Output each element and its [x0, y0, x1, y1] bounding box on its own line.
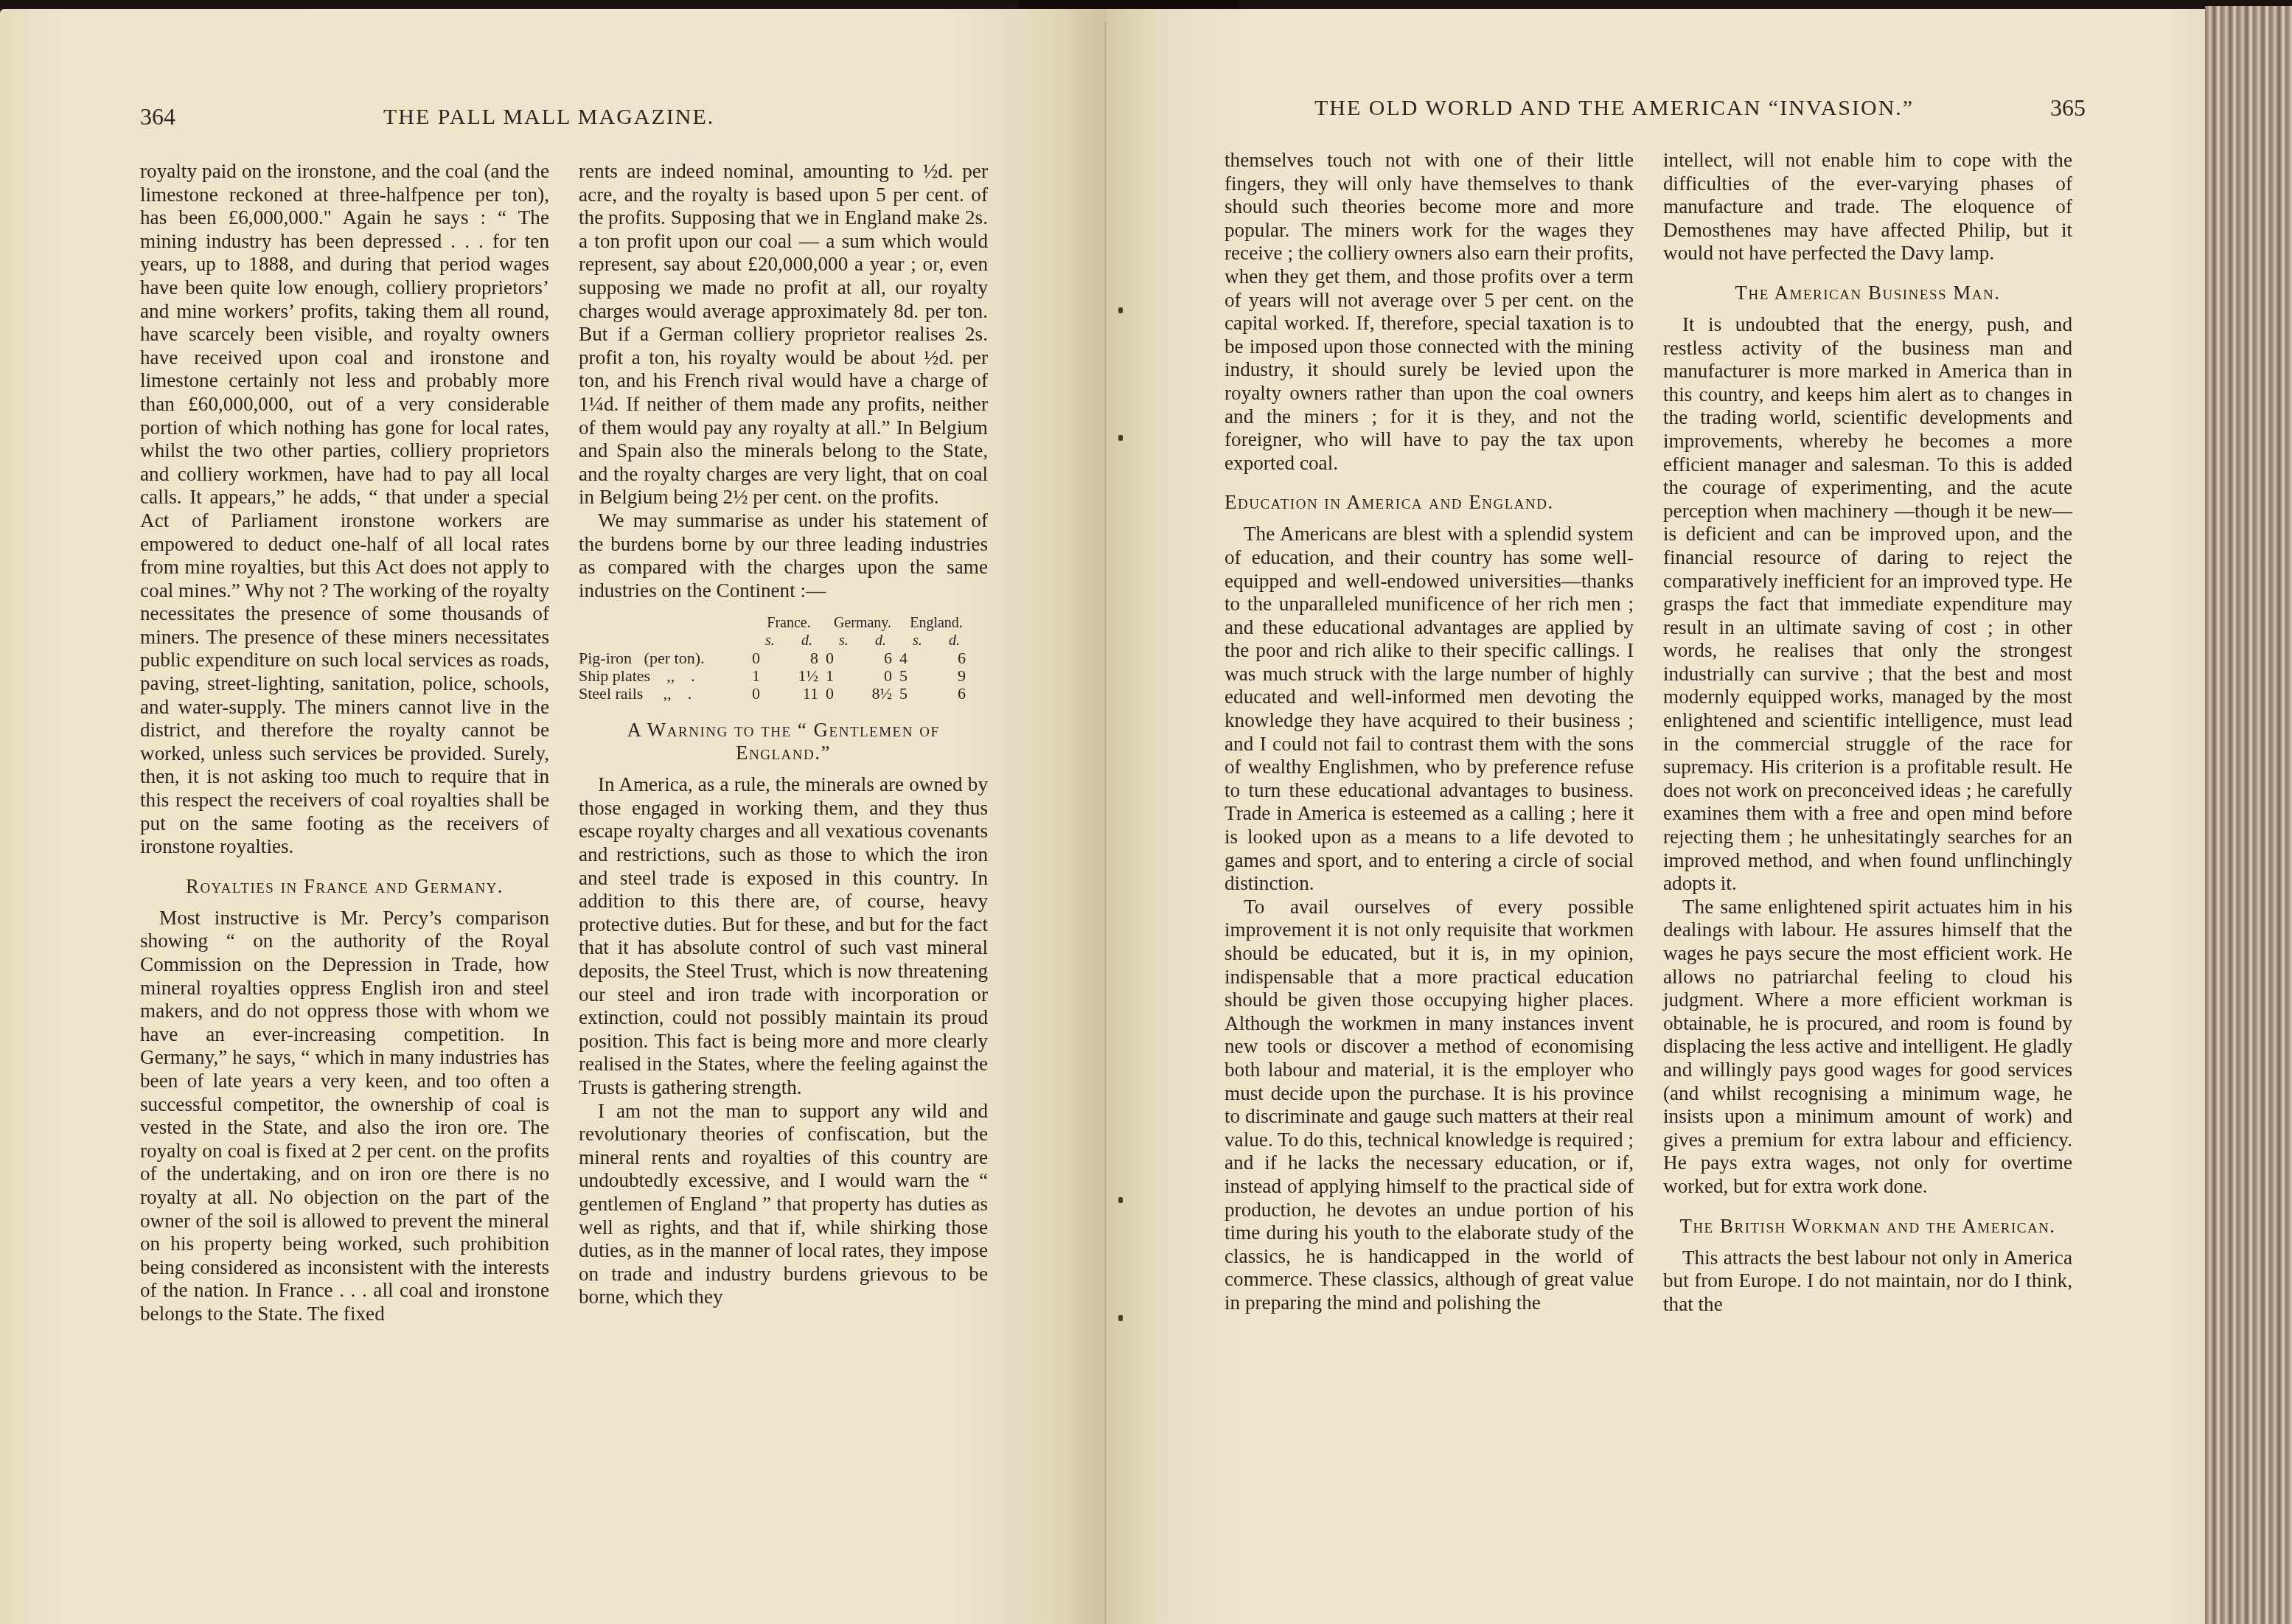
- right-page: THE OLD WORLD AND THE AMERICAN “INVASION…: [1107, 9, 2205, 1624]
- paragraph: The same enlightened spirit actuates him…: [1663, 896, 2072, 1199]
- binding-mark: [1118, 435, 1123, 441]
- section-heading-education: Education in America and England.: [1225, 491, 1634, 514]
- col-germany: Germany.: [826, 614, 899, 632]
- paragraph: In America, as a rule, the minerals are …: [579, 773, 988, 1099]
- left-page: 364 THE PALL MALL MAGAZINE. royalty paid…: [0, 9, 1107, 1624]
- paragraph: We may summarise as under his statement …: [579, 509, 988, 602]
- section-heading-business-man: The American Business Man.: [1663, 282, 2072, 304]
- book-page-edges: [2205, 6, 2292, 1624]
- paragraph: To avail ourselves of every possible imp…: [1225, 896, 1634, 1315]
- paragraph: rents are indeed nominal, amounting to ½…: [579, 160, 988, 509]
- royalty-comparison-table: France. Germany. England. s.d. s.d. s.d.…: [579, 614, 988, 703]
- paragraph: royalty paid on the ironstone, and the c…: [140, 160, 549, 859]
- section-heading-british-workman: The British Workman and the American.: [1663, 1215, 2072, 1238]
- binding-mark: [1118, 1315, 1123, 1321]
- left-column-2: rents are indeed nominal, amounting to ½…: [579, 160, 988, 1309]
- paragraph: This attracts the best labour not only i…: [1663, 1247, 2072, 1317]
- paragraph: I am not the man to support any wild and…: [579, 1100, 988, 1309]
- paragraph: The Americans are blest with a splendid …: [1225, 523, 1634, 896]
- col-france: France.: [752, 614, 826, 632]
- running-head-left: THE PALL MALL MAGAZINE.: [383, 105, 714, 130]
- page-number-left: 364: [140, 103, 175, 130]
- binding-mark: [1118, 1197, 1123, 1203]
- section-heading-warning: A Warning to the “ Gentlemen of England.…: [579, 719, 988, 764]
- book-spread: 364 THE PALL MALL MAGAZINE. royalty paid…: [0, 0, 2292, 1624]
- right-column-1: themselves touch not with one of their l…: [1225, 149, 1634, 1315]
- paragraph: It is undoubted that the energy, push, a…: [1663, 313, 2072, 896]
- table-row: Steel rails ,, . 011 08½ 56: [579, 685, 988, 703]
- table-row: Pig-iron (per ton). 08 06 46: [579, 649, 988, 667]
- running-head-right: THE OLD WORLD AND THE AMERICAN “INVASION…: [1314, 96, 1914, 121]
- col-england: England.: [899, 614, 973, 632]
- right-column-2: intellect, will not enable him to cope w…: [1663, 149, 2072, 1316]
- paragraph: themselves touch not with one of their l…: [1225, 149, 1634, 475]
- section-heading-royalties: Royalties in France and Germany.: [140, 875, 549, 898]
- table-units: s.d. s.d. s.d.: [579, 632, 988, 649]
- left-column-1: royalty paid on the ironstone, and the c…: [140, 160, 549, 1326]
- paragraph: intellect, will not enable him to cope w…: [1663, 149, 2072, 265]
- binding-mark: [1118, 307, 1123, 313]
- table-header: France. Germany. England.: [579, 614, 988, 632]
- paragraph: Most instructive is Mr. Percy’s comparis…: [140, 907, 549, 1326]
- page-number-right: 365: [2050, 94, 2086, 122]
- table-row: Ship plates ,, . 11½ 10 59: [579, 667, 988, 685]
